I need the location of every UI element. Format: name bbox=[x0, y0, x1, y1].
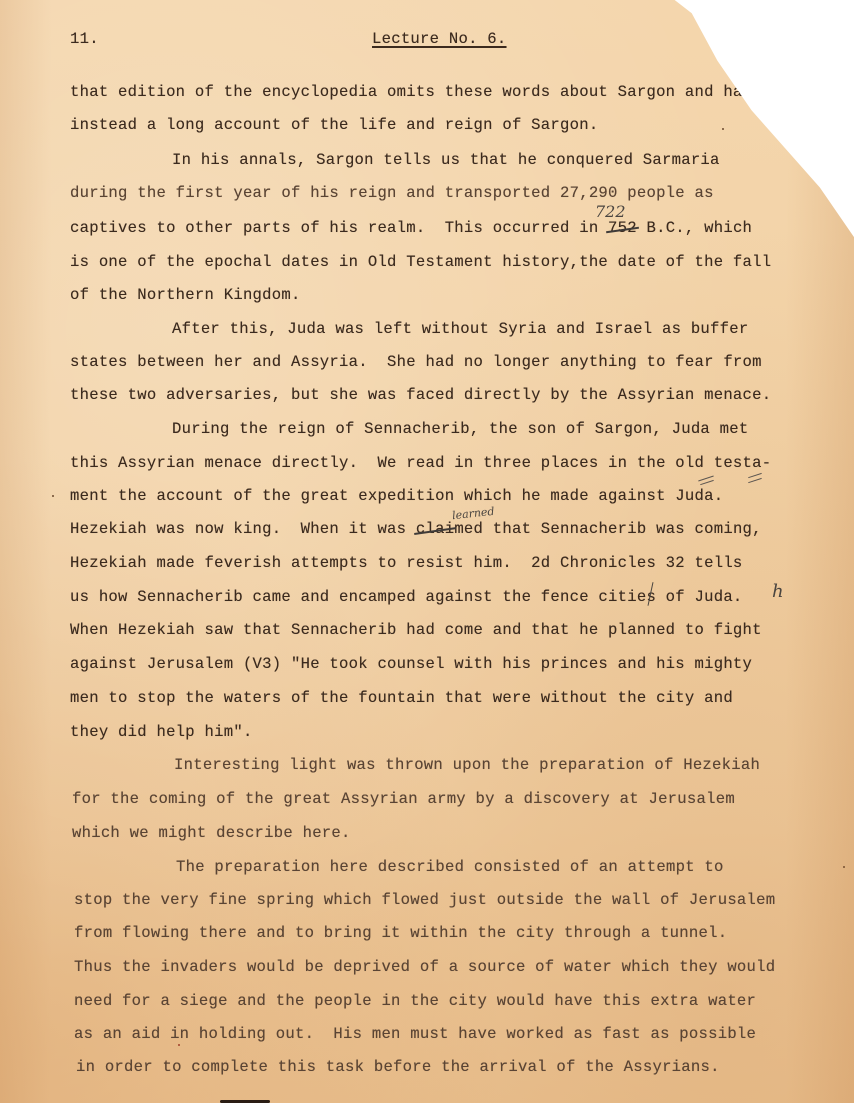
text-line-with-correction: Hezekiah was now king. When it was claim… bbox=[70, 522, 762, 538]
paper-speck bbox=[843, 866, 845, 868]
text-segment: Hezekiah was now king. When it was bbox=[70, 520, 416, 538]
handwritten-word-correction: learned bbox=[452, 506, 495, 521]
handwritten-date-correction: 722 bbox=[595, 204, 626, 220]
text-line: men to stop the waters of the fountain t… bbox=[70, 691, 733, 707]
text-line: they did help him". bbox=[70, 725, 253, 741]
text-line: When Hezekiah saw that Sennacherib had c… bbox=[70, 623, 762, 639]
text-line: from flowing there and to bring it withi… bbox=[74, 926, 727, 942]
document-page: 11. Lecture No. 6. that edition of the e… bbox=[0, 0, 854, 1103]
proofmark-underline bbox=[700, 480, 714, 485]
paper-speck bbox=[178, 1044, 180, 1046]
text-line: of the Northern Kingdom. bbox=[70, 288, 301, 304]
text-segment: med that Sennacherib was coming, bbox=[454, 520, 761, 538]
text-line: which we might describe here. bbox=[72, 826, 351, 842]
lecture-title: Lecture No. 6. bbox=[372, 32, 507, 48]
text-line: need for a siege and the people in the c… bbox=[74, 994, 756, 1010]
text-line: for the coming of the great Assyrian arm… bbox=[72, 792, 735, 808]
text-line: is one of the epochal dates in Old Testa… bbox=[70, 255, 771, 271]
text-line: this Assyrian menace directly. We read i… bbox=[70, 456, 771, 472]
text-line: against Jerusalem (V3) "He took counsel … bbox=[70, 657, 752, 673]
paper-speck bbox=[722, 128, 724, 130]
text-line: Thus the invaders would be deprived of a… bbox=[74, 960, 775, 976]
text-line: that edition of the encyclopedia omits t… bbox=[70, 85, 752, 101]
text-line: stop the very fine spring which flowed j… bbox=[74, 893, 775, 909]
paper-speck bbox=[52, 495, 54, 497]
proofmark-underline bbox=[748, 478, 762, 483]
text-line: us how Sennacherib came and encamped aga… bbox=[70, 590, 743, 606]
struck-date: 752 bbox=[608, 219, 637, 237]
handwritten-insert-h: h bbox=[772, 583, 784, 601]
text-line: instead a long account of the life and r… bbox=[70, 118, 598, 134]
text-line: during the first year of his reign and t… bbox=[70, 186, 714, 202]
text-line: Interesting light was thrown upon the pr… bbox=[174, 758, 760, 774]
text-segment: B.C., which bbox=[637, 219, 752, 237]
text-segment: captives to other parts of his realm. Th… bbox=[70, 219, 608, 237]
text-line: The preparation here described consisted… bbox=[176, 860, 724, 876]
text-line: these two adversaries, but she was faced… bbox=[70, 388, 771, 404]
text-line: as an aid in holding out. His men must h… bbox=[74, 1027, 756, 1043]
text-line: After this, Juda was left without Syria … bbox=[172, 322, 748, 338]
text-line: During the reign of Sennacherib, the son… bbox=[172, 422, 748, 438]
struck-word: clai bbox=[416, 520, 454, 538]
page-number: 11. bbox=[70, 32, 99, 48]
text-line-with-correction: captives to other parts of his realm. Th… bbox=[70, 221, 752, 237]
text-line: in order to complete this task before th… bbox=[76, 1060, 720, 1076]
text-line: ment the account of the great expedition… bbox=[70, 489, 723, 505]
text-line: Hezekiah made feverish attempts to resis… bbox=[70, 556, 743, 572]
text-line: states between her and Assyria. She had … bbox=[70, 355, 762, 371]
text-line: In his annals, Sargon tells us that he c… bbox=[172, 153, 720, 169]
